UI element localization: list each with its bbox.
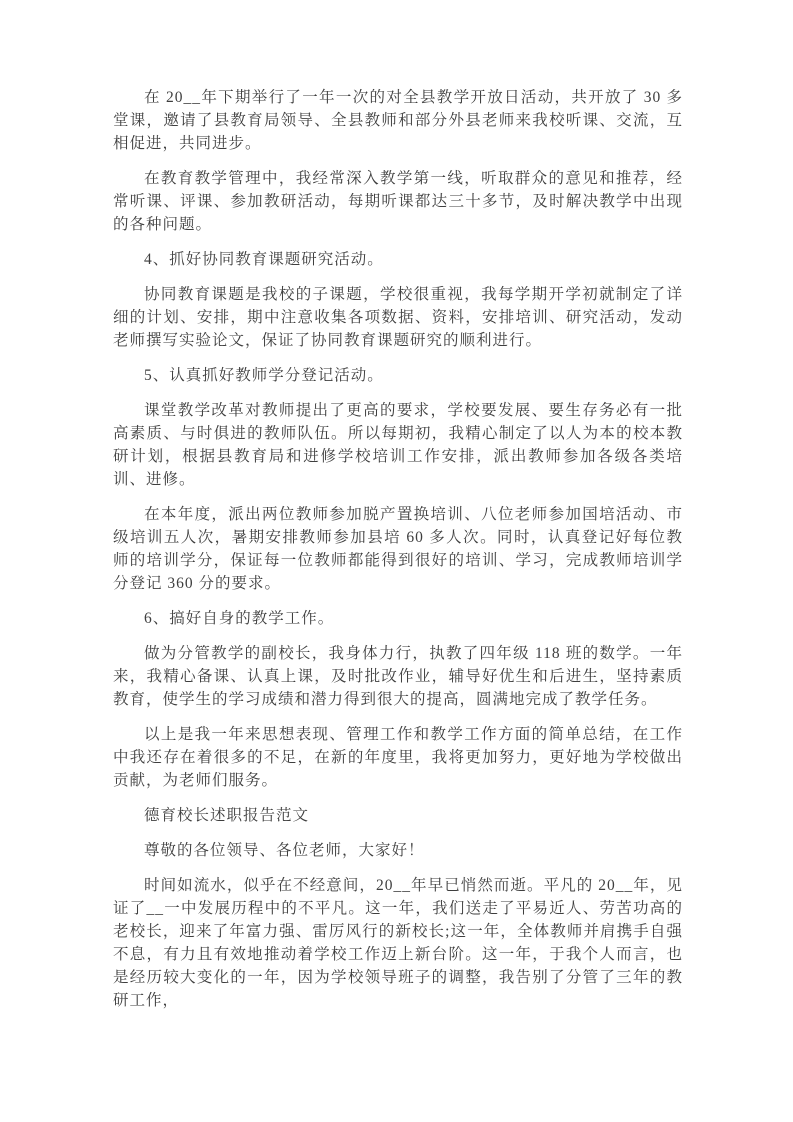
paragraph-year-summary: 以上是我一年来思想表现、管理工作和教学工作方面的简单总结，在工作中我还存在着很多… — [113, 723, 683, 792]
section-title-moral-education: 德育校长述职报告范文 — [113, 804, 683, 827]
paragraph-classroom-reform: 课堂教学改革对教师提出了更高的要求，学校要发展、要生存务必有一批高素质、与时俱进… — [113, 399, 683, 491]
salutation-line: 尊敬的各位领导、各位老师，大家好！ — [113, 839, 683, 862]
heading-item-4: 4、抓好协同教育课题研究活动。 — [113, 248, 683, 271]
heading-item-5: 5、认真抓好教师学分登记活动。 — [113, 364, 683, 387]
paragraph-annual-training: 在本年度，派出两位教师参加脱产置换培训、八位老师参加国培活动、市级培训五人次，暑… — [113, 503, 683, 595]
paragraph-own-teaching: 做为分管教学的副校长，我身体力行，执教了四年级 118 班的数学。一年来，我精心… — [113, 642, 683, 711]
document-page: 在 20__年下期举行了一年一次的对全县教学开放日活动，共开放了 30 多堂课，… — [0, 0, 793, 1122]
paragraph-time-flies: 时间如流水，似乎在不经意间，20__年早已悄然而逝。平凡的 20__年，见证了_… — [113, 874, 683, 1012]
paragraph-teaching-open-day: 在 20__年下期举行了一年一次的对全县教学开放日活动，共开放了 30 多堂课，… — [113, 86, 683, 155]
paragraph-teaching-management: 在教育教学管理中，我经常深入教学第一线，听取群众的意见和推荐，经常听课、评课、参… — [113, 167, 683, 236]
heading-item-6: 6、搞好自身的教学工作。 — [113, 607, 683, 630]
paragraph-collaborative-topic: 协同教育课题是我校的子课题，学校很重视，我每学期开学初就制定了详细的计划、安排，… — [113, 283, 683, 352]
